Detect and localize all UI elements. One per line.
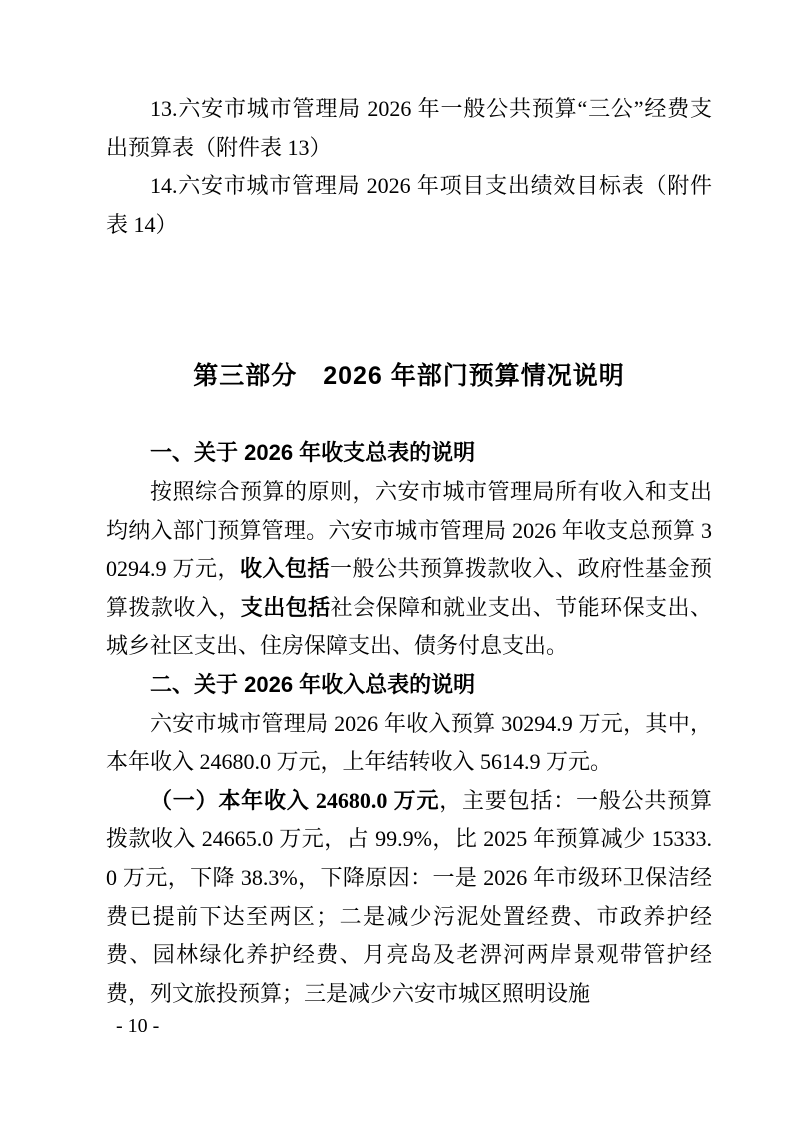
- part3-heading: 第三部分 2026 年部门预算情况说明: [106, 356, 712, 396]
- section2-title: 二、关于 2026 年收入总表的说明: [106, 666, 712, 705]
- section2-paragraph-2: （一）本年收入 24680.0 万元，主要包括：一般公共预算拨款收入 24665…: [106, 782, 712, 1014]
- page-number: - 10 -: [116, 1012, 159, 1040]
- attachment-item-13: 13.六安市城市管理局 2026 年一般公共预算“三公”经费支出预算表（附件表 …: [106, 90, 712, 167]
- section1-title: 一、关于 2026 年收支总表的说明: [106, 434, 712, 473]
- income-includes-bold-run: 收入包括: [240, 556, 330, 581]
- section2-paragraph-1: 六安市城市管理局 2026 年收入预算 30294.9 万元，其中，本年收入 2…: [106, 705, 712, 782]
- attachment-item-14: 14.六安市城市管理局 2026 年项目支出绩效目标表（附件表 14）: [106, 167, 712, 244]
- section1-paragraph: 按照综合预算的原则，六安市城市管理局所有收入和支出均纳入部门预算管理。六安市城市…: [106, 473, 712, 666]
- current-year-income-bold-run: （一）本年收入 24680.0 万元: [150, 788, 439, 813]
- document-page: 13.六安市城市管理局 2026 年一般公共预算“三公”经费支出预算表（附件表 …: [0, 0, 793, 1122]
- section2-text-run: ，主要包括：一般公共预算拨款收入 24665.0 万元，占 99.9%，比 20…: [106, 788, 712, 1006]
- page-content: 13.六安市城市管理局 2026 年一般公共预算“三公”经费支出预算表（附件表 …: [106, 90, 712, 1013]
- expenditure-includes-bold-run: 支出包括: [241, 595, 331, 620]
